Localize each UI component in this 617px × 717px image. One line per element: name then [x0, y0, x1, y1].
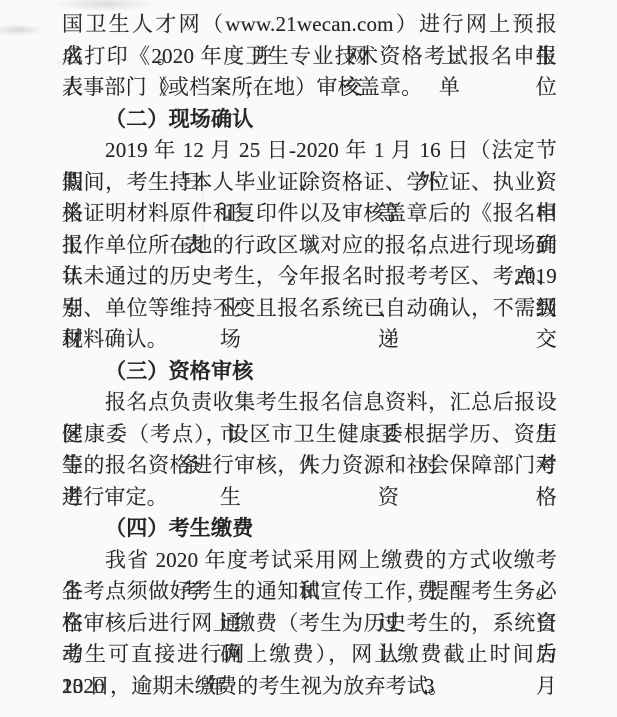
text-line: 期间，考生持本人毕业证、资格证、学位证、执业资格证等相 — [62, 167, 557, 199]
text-line: 别、单位等维持不变且报名系统已自动确认，不需到现场递交 — [62, 293, 557, 325]
text-line: 健康委（考点），设区市卫生健康委根据学历、资历等条件对考 — [62, 419, 557, 451]
text-line: 我省 2020 年度考试采用网上缴费的方式收缴考生考试费。 — [62, 545, 557, 577]
text-line: 报名点负责收集考生报名信息资料，汇总后报设区市卫生 — [62, 387, 557, 419]
text-line: 国卫生人才网（www.21wecan.com）进行网上预报名。并网上生 — [62, 9, 557, 41]
text-line: 各考点须做好考生的通知和宣传工作，提醒考生务必在通过资 — [62, 576, 557, 608]
section-heading: （二）现场确认 — [62, 104, 557, 136]
section-heading: （三）资格审核 — [62, 356, 557, 388]
text-line: 关证明材料原件和复印件以及审核盖章后的《报名申报表》，到 — [62, 198, 557, 230]
text-line: 2019 年 12 月 25 日-2020 年 1 月 16 日（法定节假日除外… — [62, 135, 557, 167]
text-line: 工作单位所在地的行政区域对应的报名点进行现场确认。2019 — [62, 230, 557, 262]
document-page: 国卫生人才网（www.21wecan.com）进行网上预报名。并网上生成打印《2… — [0, 0, 617, 717]
text-line: 成打印《2020 年度卫生专业技术资格考试报名申报表》，交单位 — [62, 41, 557, 73]
document-text-block: 国卫生人才网（www.21wecan.com）进行网上预报名。并网上生成打印《2… — [62, 9, 557, 702]
text-line: 生的报名资格进行审核，人力资源和社会保障部门对考生资格 — [62, 450, 557, 482]
text-line: 年未通过的历史考生，今年报名时报考考区、考点、专业、级 — [62, 261, 557, 293]
text-line: 格审核后进行网上缴费（考生为历史考生的，系统自动确认后 — [62, 608, 557, 640]
section-heading: （四）考生缴费 — [62, 513, 557, 545]
text-line: 考生可直接进行网上缴费），网上缴费截止时间为 2020 年 3 月 — [62, 639, 557, 671]
